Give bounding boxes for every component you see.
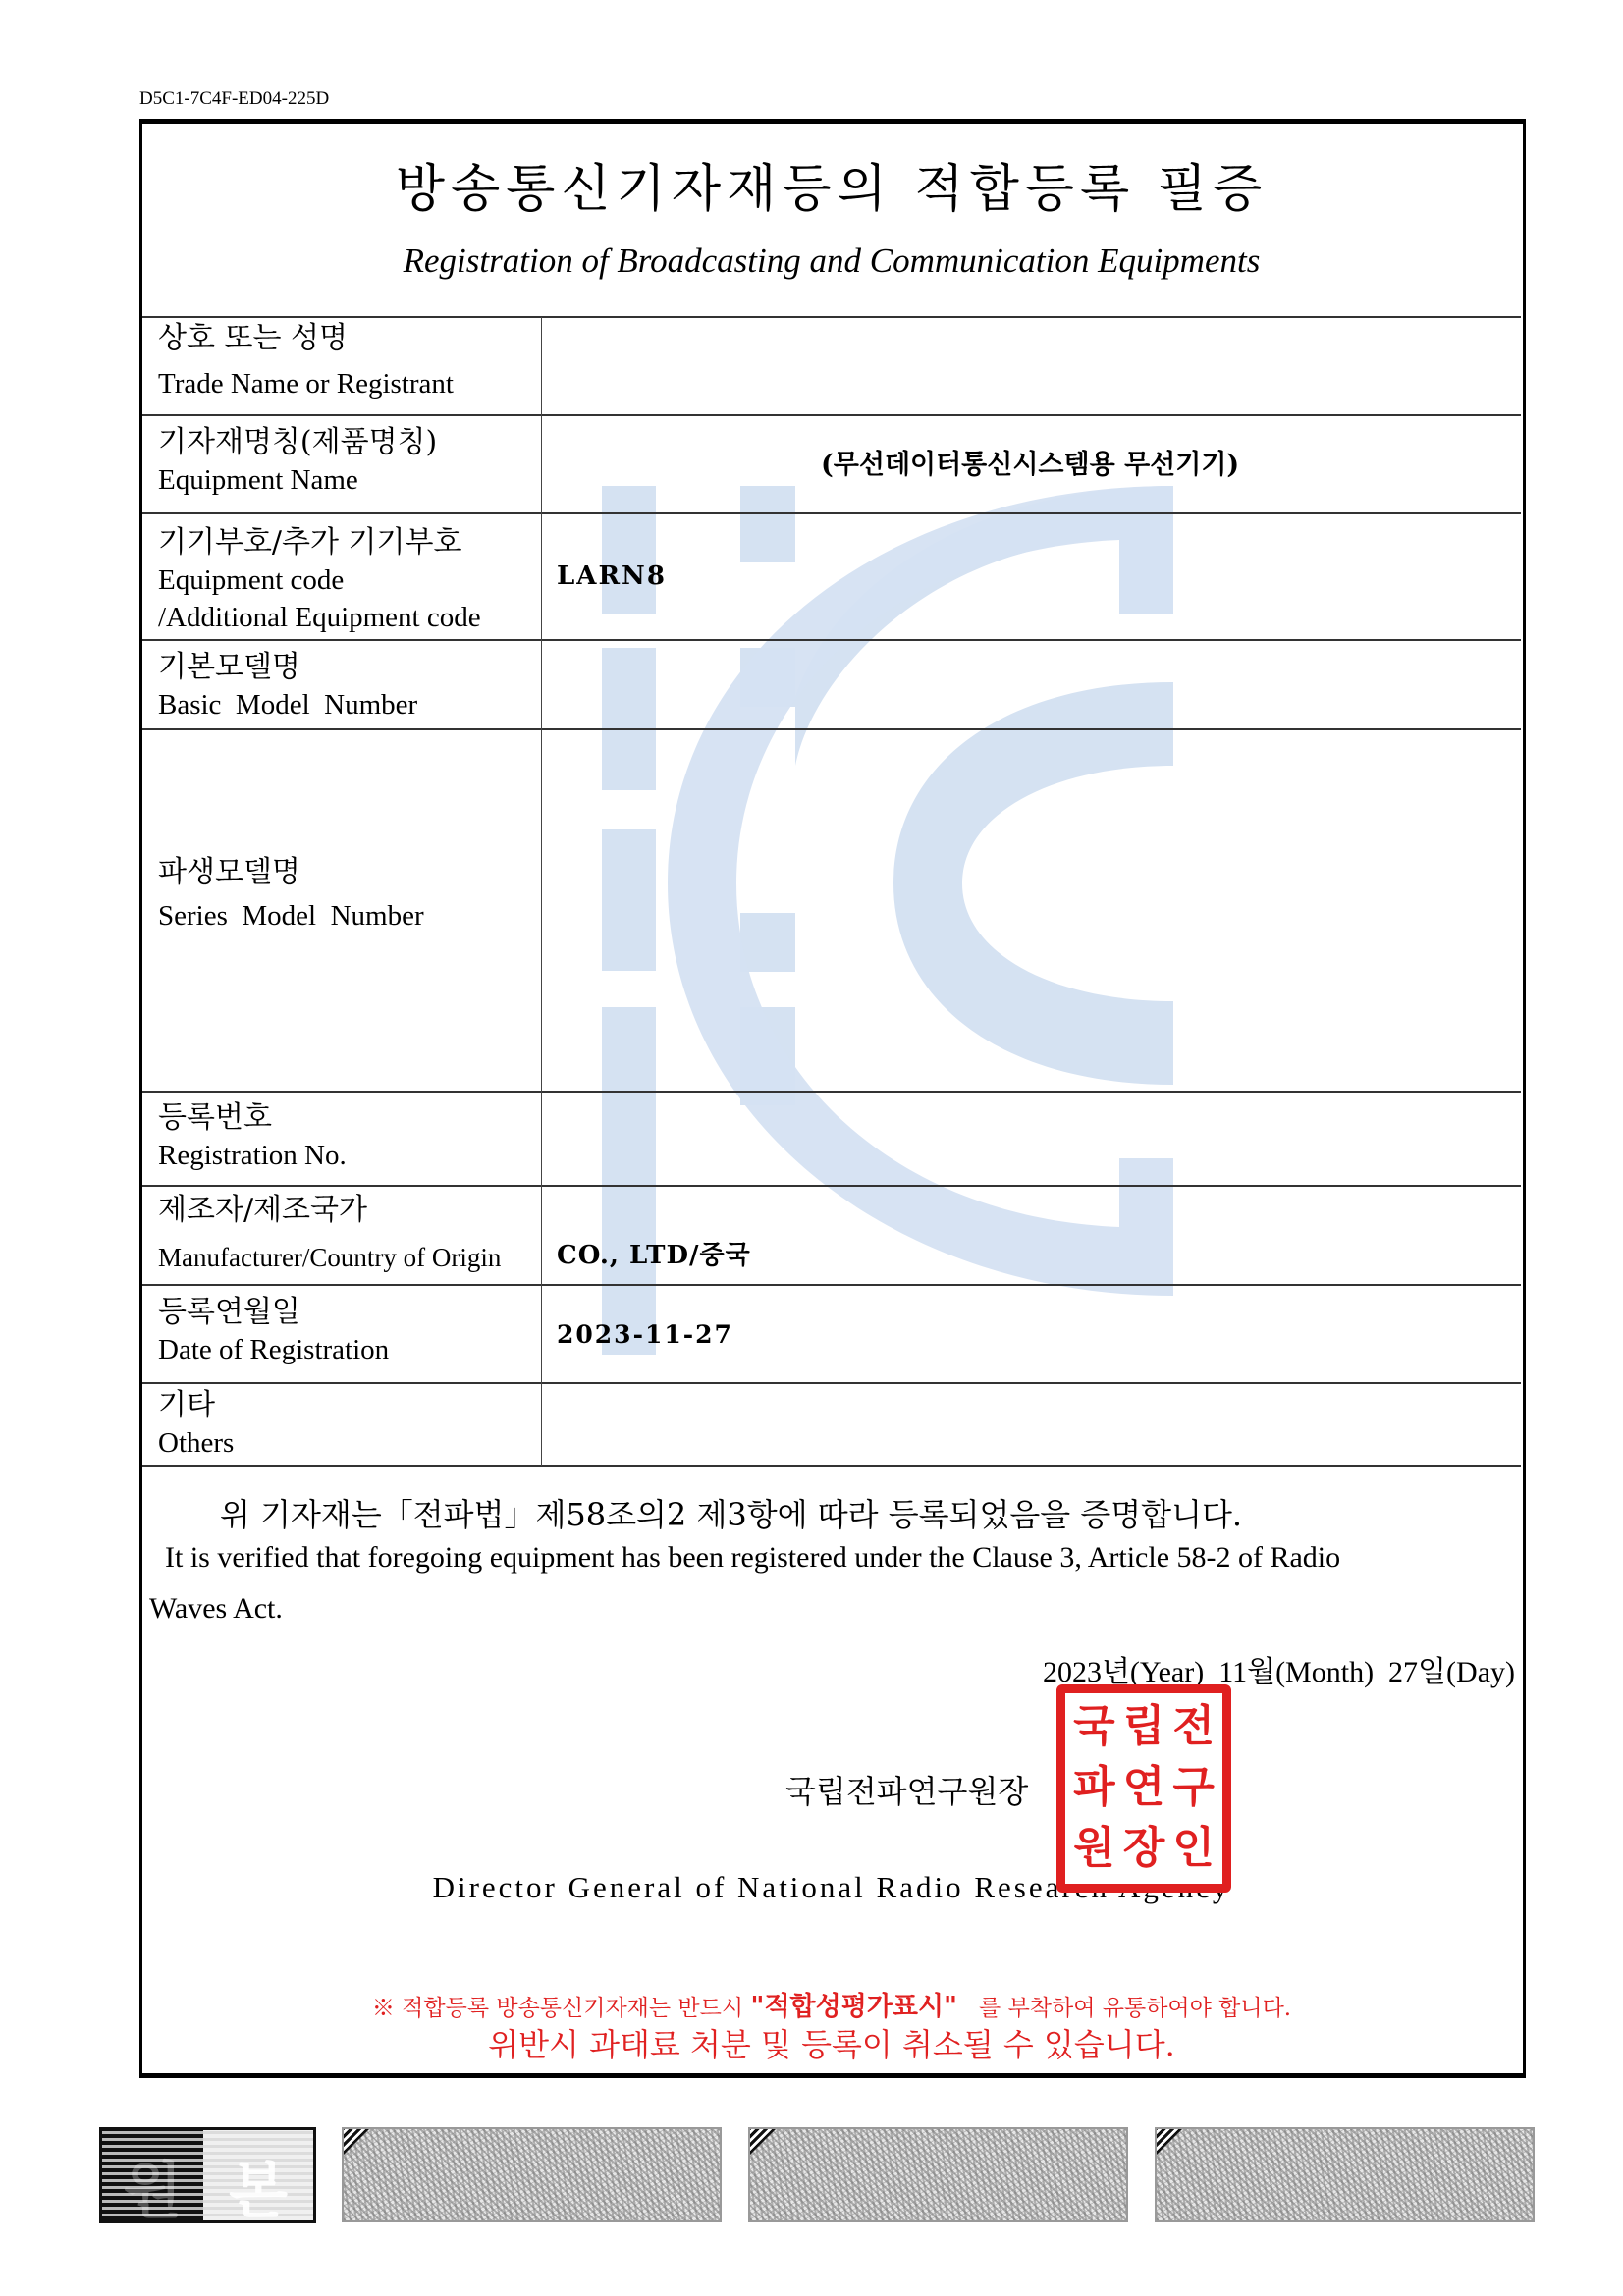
label-ko: 제조자/제조국가: [158, 1192, 501, 1229]
divider: [142, 316, 1521, 318]
divider: [142, 639, 1521, 641]
issuer-korean: 국립전파연구원장: [785, 1767, 1028, 1812]
label-ko: 상호 또는 성명: [158, 320, 454, 357]
notice-warning: 위반시 과태료 처분 및 등록이 취소될 수 있습니다.: [142, 2020, 1521, 2065]
label-others: 기타 Others: [158, 1387, 234, 1462]
label-ko: 기본모델명: [158, 649, 417, 686]
statement-english-line1: It is verified that foregoing equipment …: [165, 1541, 1340, 1575]
kc-mark-watermark-icon: [589, 471, 1198, 1355]
seal-char: 파: [1069, 1758, 1119, 1819]
label-en: Trade Name or Registrant: [158, 365, 454, 402]
seal-char: 전: [1168, 1697, 1218, 1758]
divider: [142, 1284, 1521, 1286]
value-equipment-code: LARN8: [557, 561, 667, 591]
label-en: Others: [158, 1424, 234, 1462]
label-en: Basic Model Number: [158, 686, 417, 723]
seal-char: 인: [1168, 1819, 1218, 1880]
label-en: Registration No.: [158, 1137, 347, 1174]
label-en: Equipment Name: [158, 461, 437, 499]
divider: [142, 1382, 1521, 1384]
label-ko: 기타: [158, 1387, 234, 1424]
label-ko: 기기부호/추가 기기부호: [158, 524, 481, 561]
divider: [142, 1091, 1521, 1093]
label-series-model: 파생모델명 Series Model Number: [158, 854, 424, 934]
divider: [142, 414, 1521, 416]
official-seal-icon: 국 립 전 파 연 구 원 장 인: [1056, 1684, 1231, 1893]
label-manufacturer: 제조자/제조국가 Manufacturer/Country of Origin: [158, 1192, 501, 1276]
label-en: Series Model Number: [158, 897, 424, 934]
security-pattern-icon: [342, 2127, 722, 2222]
label-ko: 기자재명칭(제품명칭): [158, 424, 437, 461]
value-equipment-name: (무선데이터통신시스템용 무선기기): [821, 443, 1239, 481]
label-equipment-code: 기기부호/추가 기기부호 Equipment code /Additional …: [158, 524, 481, 636]
security-pattern-icon: [1155, 2127, 1535, 2222]
statement-english-line2: Waves Act.: [149, 1592, 283, 1626]
divider: [142, 512, 1521, 514]
value-manufacturer: CO., LTD/중국: [557, 1235, 751, 1271]
label-ko: 등록번호: [158, 1099, 347, 1137]
label-en: Date of Registration: [158, 1331, 389, 1368]
original-mark-right: 본: [203, 2142, 313, 2229]
label-trade-name: 상호 또는 성명 Trade Name or Registrant: [158, 320, 454, 402]
statement-korean: 위 기자재는「전파법」제58조의2 제3항에 따라 등록되었음을 증명합니다.: [220, 1490, 1242, 1535]
seal-char: 립: [1119, 1697, 1169, 1758]
label-date-of-registration: 등록연월일 Date of Registration: [158, 1294, 389, 1368]
divider: [142, 1185, 1521, 1187]
seal-char: 구: [1168, 1758, 1218, 1819]
seal-char: 장: [1119, 1819, 1169, 1880]
label-ko: 등록연월일: [158, 1294, 389, 1331]
certificate-title-korean: 방송통신기자재등의 적합등록 필증: [142, 147, 1521, 221]
seal-char: 원: [1069, 1819, 1119, 1880]
original-document-mark-icon: 원 본: [99, 2127, 316, 2223]
notice-emphasis: "적합성평가표시": [750, 1992, 957, 2022]
label-ko: 파생모델명: [158, 854, 424, 891]
value-date-of-registration: 2023-11-27: [557, 1320, 733, 1349]
original-mark-left: 원: [102, 2142, 203, 2229]
label-registration-no: 등록번호 Registration No.: [158, 1099, 347, 1174]
label-equipment-name: 기자재명칭(제품명칭) Equipment Name: [158, 424, 437, 499]
notice-prefix: ※ 적합등록 방송통신기자재는 반드시: [372, 1996, 743, 2021]
seal-char: 국: [1069, 1697, 1119, 1758]
issuer-english: Director General of National Radio Resea…: [142, 1870, 1521, 1905]
column-divider: [541, 317, 542, 1466]
notice-suffix: 를 부착하여 유통하여야 합니다.: [964, 1996, 1291, 2021]
notice-line: ※ 적합등록 방송통신기자재는 반드시 "적합성평가표시" 를 부착하여 유통하…: [142, 1985, 1521, 2023]
label-en: Manufacturer/Country of Origin: [158, 1239, 501, 1276]
divider: [142, 728, 1521, 730]
label-basic-model: 기본모델명 Basic Model Number: [158, 649, 417, 723]
document-id: D5C1-7C4F-ED04-225D: [139, 88, 329, 110]
certificate-title-english: Registration of Broadcasting and Communi…: [142, 241, 1521, 281]
label-en: Equipment code: [158, 561, 481, 599]
seal-char: 연: [1119, 1758, 1169, 1819]
label-en-additional: /Additional Equipment code: [158, 599, 481, 636]
security-pattern-icon: [748, 2127, 1128, 2222]
divider: [142, 1465, 1521, 1467]
